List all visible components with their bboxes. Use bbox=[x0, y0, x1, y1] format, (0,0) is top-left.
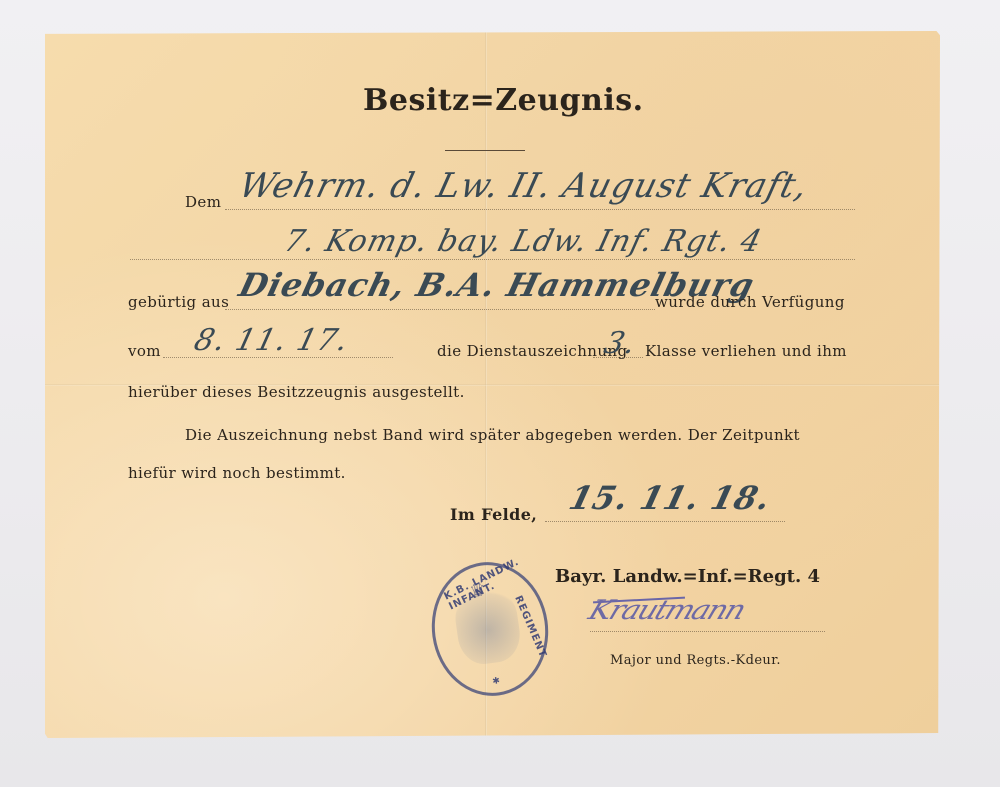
award-class: 3. bbox=[601, 326, 640, 361]
issue-date-dots bbox=[545, 521, 785, 522]
birthplace-dots bbox=[225, 309, 655, 310]
signature: Krautmann bbox=[584, 595, 748, 627]
issue-date: 15. 11. 18. bbox=[565, 479, 775, 517]
recipient-unit: 7. Komp. bay. Ldw. Inf. Rgt. 4 bbox=[281, 224, 766, 259]
unit-line-dots bbox=[130, 259, 855, 260]
order-date: 8. 11. 17. bbox=[191, 323, 353, 358]
recipient-line-dots bbox=[225, 209, 855, 210]
order-text: wurde durch Verfügung bbox=[655, 293, 845, 311]
issued-text: hierüber dieses Besitzzeugnis ausgestell… bbox=[128, 383, 465, 401]
recipient-name: Wehrm. d. Lw. II. August Kraft, bbox=[235, 166, 812, 206]
paragraph2-line1: Die Auszeichnung nebst Band wird später … bbox=[185, 426, 800, 444]
signer-title: Major und Regts.-Kdeur. bbox=[610, 653, 781, 668]
place-label: Im Felde, bbox=[450, 505, 537, 524]
paragraph2-line2: hiefür wird noch bestimmt. bbox=[128, 464, 346, 482]
born-label: gebürtig aus bbox=[128, 293, 229, 311]
award-text-2: Klasse verliehen und ihm bbox=[645, 342, 847, 360]
document-title: Besitz=Zeugnis. bbox=[363, 83, 644, 118]
star-icon: ✱ bbox=[492, 676, 501, 687]
unit-name: Bayr. Landw.=Inf.=Regt. 4 bbox=[555, 566, 820, 587]
title-ornament bbox=[445, 150, 525, 151]
signature-dots bbox=[590, 631, 825, 632]
vom-label: vom bbox=[128, 342, 161, 360]
dem-label: Dem bbox=[185, 193, 221, 211]
